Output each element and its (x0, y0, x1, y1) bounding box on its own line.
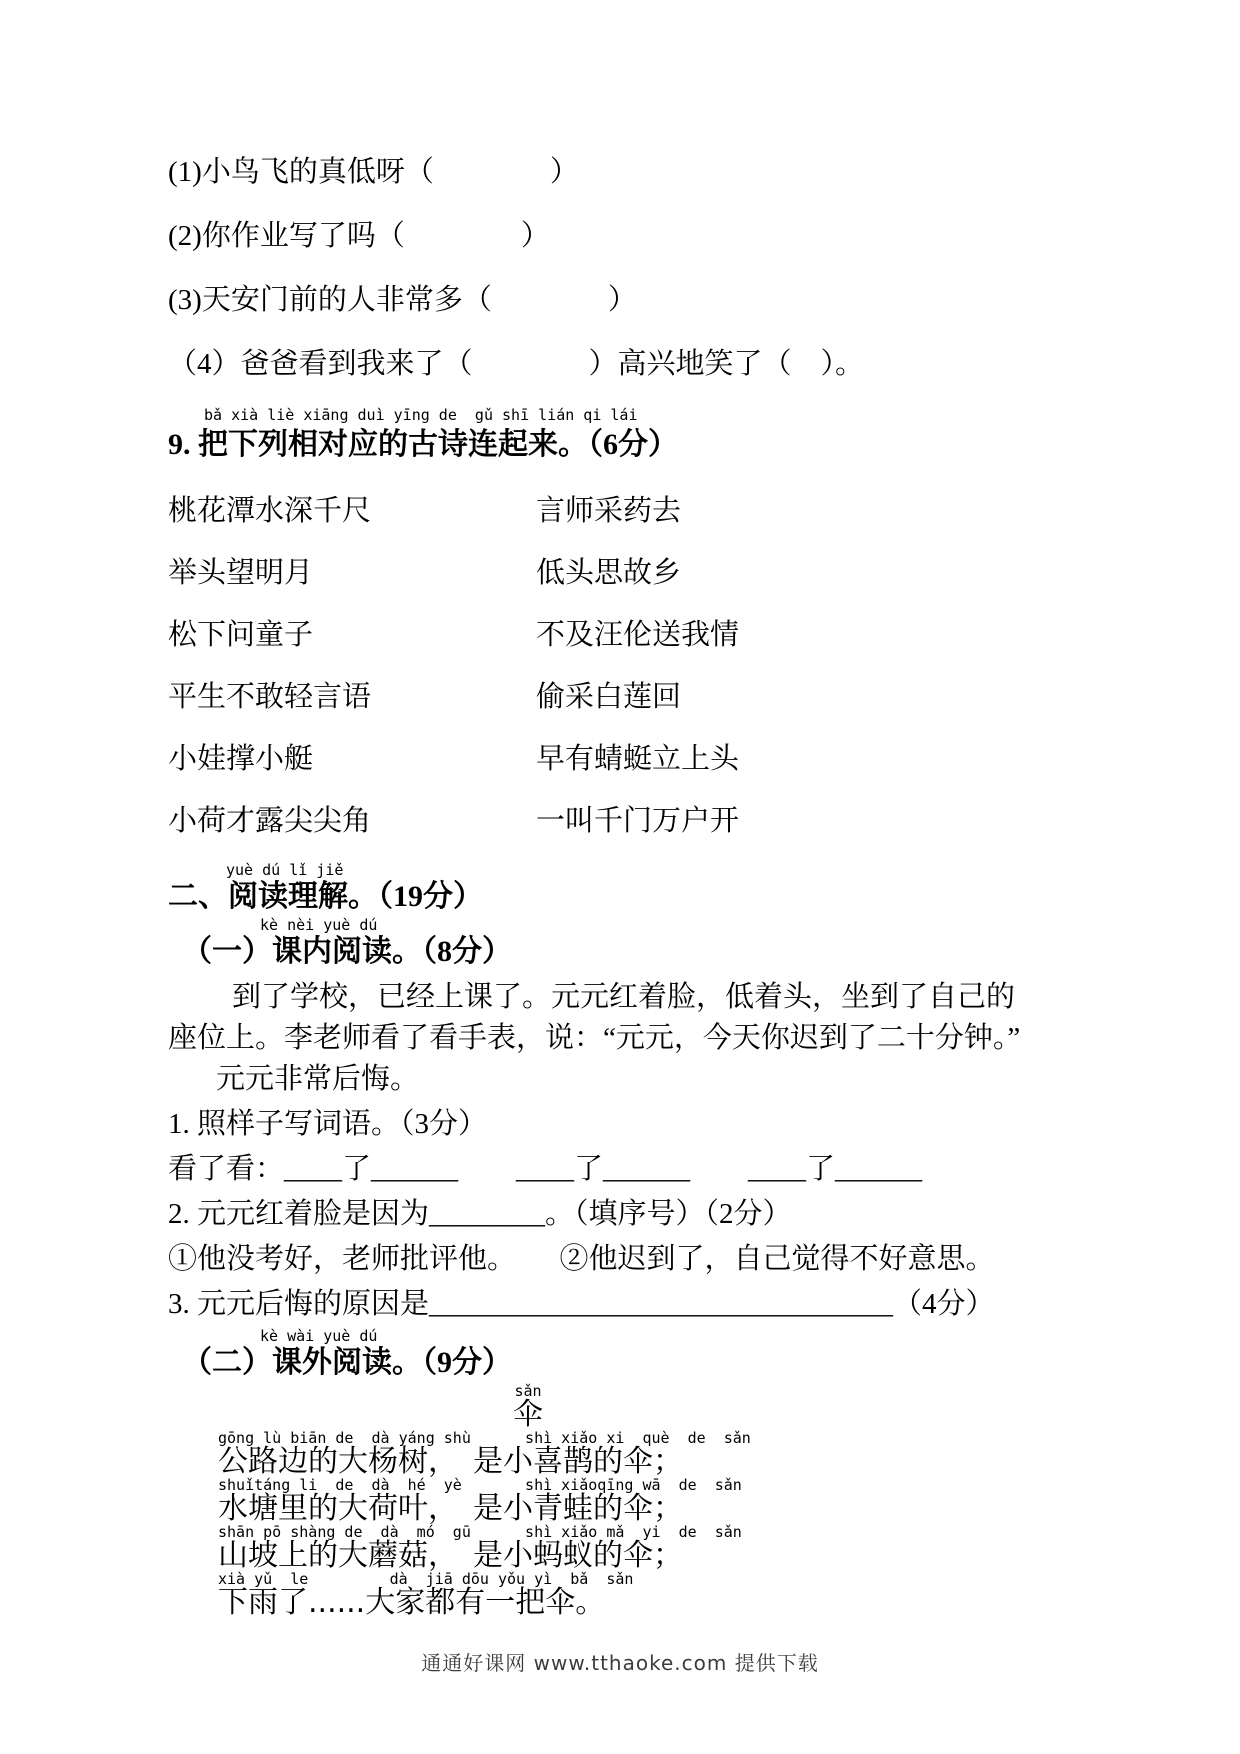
question-2-options: ①他没考好，老师批评他。 ②他迟到了，自己觉得不好意思。 (168, 1237, 1122, 1282)
sentence-item-3: (3)天安门前的人非常多（ ） (168, 280, 1122, 320)
match-row: 平生不敢轻言语 偷采白莲回 (168, 677, 1122, 717)
match-row: 小娃撑小艇 早有蜻蜓立上头 (168, 739, 1122, 779)
question-9-pinyin: bǎ xià liè xiāng duì yīng de gǔ shī lián… (204, 408, 1122, 423)
question-9: bǎ xià liè xiāng duì yīng de gǔ shī lián… (168, 408, 1122, 841)
page-footer: 通通好课网 www.tthaoke.com 提供下载 (0, 1647, 1240, 1676)
question-3: 3. 元元后悔的原因是_____________________________… (168, 1282, 1122, 1327)
match-right-item: 言师采药去 (536, 491, 681, 531)
poem: sǎn 伞 gōng lù biān de dà yáng shù shì xi… (218, 1384, 838, 1618)
part-2-heading: （二）课外阅读。（9分） (182, 1344, 1122, 1382)
worksheet-content: (1)小鸟飞的真低呀（ ） (2)你作业写了吗（ ） (3)天安门前的人非常多（… (0, 0, 1240, 1618)
section-2-heading-block: yuè dú lǐ jiě 二、阅读理解。（19分） (168, 863, 1122, 916)
part-1-heading: （一）课内阅读。（8分） (182, 933, 1122, 971)
poem-line: xià yǔ le dà jiā dōu yǒu yì bǎ sǎn 下雨了..… (218, 1572, 838, 1618)
match-left-item: 桃花潭水深千尺 (168, 491, 536, 531)
sentence-item-1: (1)小鸟飞的真低呀（ ） (168, 152, 1122, 192)
poem-line-text: 水塘里的大荷叶， 是小青蛙的伞； (218, 1493, 838, 1524)
poem-line-text: 公路边的大杨树， 是小喜鹊的伞； (218, 1446, 838, 1477)
match-left-item: 小荷才露尖尖角 (168, 801, 536, 841)
match-left-item: 小娃撑小艇 (168, 739, 536, 779)
question-9-heading: 9. 把下列相对应的古诗连起来。（6分） (168, 425, 1122, 465)
match-right-item: 早有蜻蜓立上头 (536, 739, 739, 779)
sentence-exercise: (1)小鸟飞的真低呀（ ） (2)你作业写了吗（ ） (3)天安门前的人非常多（… (168, 152, 1122, 384)
match-row: 举头望明月 低头思故乡 (168, 553, 1122, 593)
poem-title: 伞 (218, 1399, 838, 1431)
question-9-title: 把下列相对应的古诗连起来。（6分） (198, 428, 678, 461)
passage-line: 到了学校，已经上课了。元元红着脸，低着头，坐到了自己的 (168, 977, 1122, 1018)
part-1-pinyin: kè nèi yuè dú (260, 918, 1122, 933)
match-row: 松下问童子 不及汪伦送我情 (168, 615, 1122, 655)
match-right-item: 低头思故乡 (536, 553, 681, 593)
match-row: 桃花潭水深千尺 言师采药去 (168, 491, 1122, 531)
poem-matching: 桃花潭水深千尺 言师采药去 举头望明月 低头思故乡 松下问童子 不及汪伦送我情 … (168, 491, 1122, 841)
worksheet-page: (1)小鸟飞的真低呀（ ） (2)你作业写了吗（ ） (3)天安门前的人非常多（… (0, 0, 1240, 1754)
match-right-item: 一叫千门万户开 (536, 801, 739, 841)
match-left-item: 平生不敢轻言语 (168, 677, 536, 717)
reading-passage: 到了学校，已经上课了。元元红着脸，低着头，坐到了自己的 座位上。李老师看了看手表… (168, 977, 1122, 1100)
match-right-item: 不及汪伦送我情 (536, 615, 739, 655)
question-1: 1. 照样子写词语。（3分） (168, 1102, 1122, 1147)
poem-line: gōng lù biān de dà yáng shù shì xiǎo xi … (218, 1431, 838, 1477)
sentence-item-4: （4）爸爸看到我来了（ ）高兴地笑了（ ）。 (168, 344, 1122, 384)
section-2-reading: yuè dú lǐ jiě 二、阅读理解。（19分） kè nèi yuè dú… (168, 863, 1122, 1618)
poem-line: shān pō shàng de dà mó gū shì xiǎo mǎ yi… (218, 1525, 838, 1571)
poem-line: shuǐtáng li de dà hé yè shì xiǎoqīng wā … (218, 1478, 838, 1524)
poem-line-text: 山坡上的大蘑菇， 是小蚂蚁的伞； (218, 1540, 838, 1571)
section-2-heading: 二、阅读理解。（19分） (168, 878, 1122, 916)
passage-line: 元元非常后悔。 (168, 1059, 1122, 1100)
match-row: 小荷才露尖尖角 一叫千门万户开 (168, 801, 1122, 841)
question-2: 2. 元元红着脸是因为________。（填序号）（2分） (168, 1192, 1122, 1237)
part-1-heading-block: kè nèi yuè dú （一）课内阅读。（8分） (182, 918, 1122, 971)
question-9-number: 9. (168, 428, 191, 461)
section-2-pinyin: yuè dú lǐ jiě (226, 863, 1122, 878)
match-left-item: 松下问童子 (168, 615, 536, 655)
sentence-item-2: (2)你作业写了吗（ ） (168, 216, 1122, 256)
poem-title-block: sǎn 伞 (218, 1384, 838, 1431)
passage-line: 座位上。李老师看了看手表，说：“元元，今天你迟到了二十分钟。” (168, 1018, 1122, 1059)
match-left-item: 举头望明月 (168, 553, 536, 593)
question-1-blanks: 看了看：____了______ ____了______ ____了______ (168, 1147, 1122, 1192)
part-2-heading-block: kè wài yuè dú （二）课外阅读。（9分） (182, 1329, 1122, 1382)
match-right-item: 偷采白莲回 (536, 677, 681, 717)
part-2-pinyin: kè wài yuè dú (260, 1329, 1122, 1344)
poem-line-text: 下雨了......大家都有一把伞。 (218, 1587, 838, 1618)
part-1-questions: 1. 照样子写词语。（3分） 看了看：____了______ ____了____… (168, 1102, 1122, 1327)
